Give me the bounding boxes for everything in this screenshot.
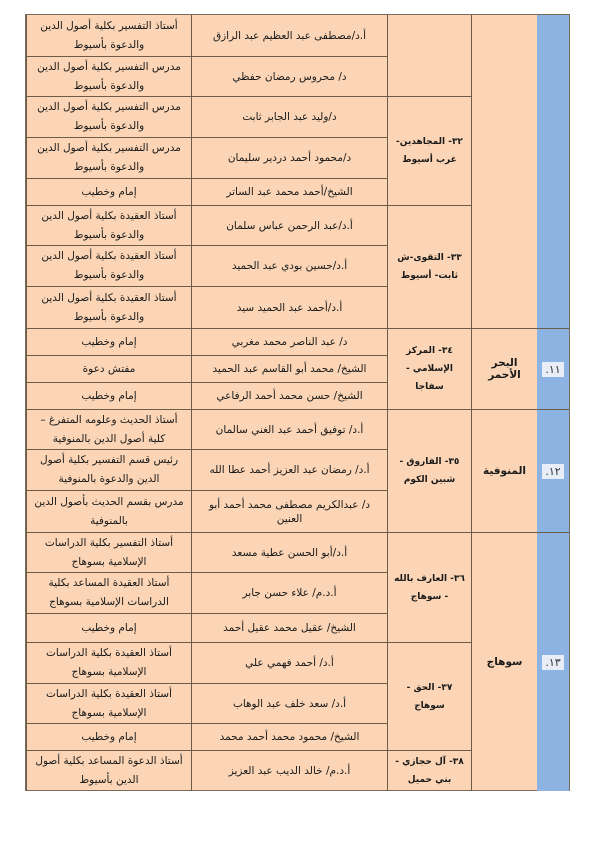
title-cell: إمام وخطيب: [26, 329, 191, 356]
governorate-cell: سوهاج: [471, 533, 537, 791]
title-cell: إمام وخطيب: [26, 179, 191, 206]
name-cell: أ.د/مصطفى عبد العظيم عبد الرازق: [191, 15, 387, 57]
name-cell: أ.د/أحمد عبد الحميد سيد: [191, 287, 387, 329]
name-cell: أ.د/أبو الحسن عطية مسعد: [191, 533, 387, 573]
number-cell: [537, 15, 569, 329]
name-cell: أ.د.م/ خالد الديب عبد العزيز: [191, 751, 387, 791]
row-number: ١١.: [542, 362, 563, 377]
row-number: ١٣.: [542, 655, 563, 670]
name-cell: د/محمود أحمد دردير سليمان: [191, 138, 387, 179]
mosque-cell: ٣٧- الحق - سوهاج: [387, 643, 471, 751]
title-cell: أستاذ العقيدة بكلية أصول الدين والدعوة ب…: [26, 287, 191, 329]
title-cell: أستاذ التفسير بكلية أصول الدين والدعوة ب…: [26, 15, 191, 57]
row-number: ١٢.: [542, 464, 563, 479]
title-cell: مدرس بقسم الحديث بأصول الدين بالمنوفية: [26, 491, 191, 533]
title-cell: مدرس التفسير بكلية أصول الدين والدعوة بأ…: [26, 97, 191, 138]
number-cell: ١٢.: [537, 410, 569, 533]
title-cell: أستاذ العقيدة بكلية الدراسات الإسلامية ب…: [26, 684, 191, 724]
name-cell: أ.د/ رمضان عبد العزيز أحمد عطا الله: [191, 450, 387, 491]
name-cell: أ.د.م/ علاء حسن جابر: [191, 573, 387, 614]
name-cell: د/ محروس رمضان حفظي: [191, 57, 387, 97]
mosque-cell: ٣٦- العارف بالله - سوهاج: [387, 533, 471, 643]
title-cell: مدرس التفسير بكلية أصول الدين والدعوة بأ…: [26, 138, 191, 179]
mosque-lecturers-table: أستاذ التفسير بكلية أصول الدين والدعوة ب…: [25, 14, 570, 791]
mosque-cell: ٣٢- المجاهدين-غرب أسيوط: [387, 97, 471, 206]
name-cell: د/وليد عبد الجابر ثابت: [191, 97, 387, 138]
mosque-cell: ٣٣- التقوى-ش ثابت- أسيوط: [387, 206, 471, 329]
title-cell: مفتش دعوة: [26, 356, 191, 383]
title-cell: أستاذ العقيدة بكلية أصول الدين والدعوة ب…: [26, 206, 191, 246]
title-cell: أستاذ العقيدة بكلية أصول الدين والدعوة ب…: [26, 246, 191, 287]
governorate-cell: المنوفية: [471, 410, 537, 533]
title-cell: أستاذ التفسير بكلية الدراسات الإسلامية ب…: [26, 533, 191, 573]
governorate-cell: [471, 15, 537, 329]
title-cell: أستاذ الدعوة المساعد بكلية أصول الدين بأ…: [26, 751, 191, 791]
title-cell: إمام وخطيب: [26, 614, 191, 643]
mosque-cell: ٣٤- المركز الإسلامي - سفاجا: [387, 329, 471, 410]
title-cell: إمام وخطيب: [26, 383, 191, 410]
title-cell: أستاذ العقيدة بكلية الدراسات الإسلامية ب…: [26, 643, 191, 684]
name-cell: أ.د/ توفيق أحمد عبد الغني سالمان: [191, 410, 387, 450]
name-cell: أ.د/عبد الرحمن عباس سلمان: [191, 206, 387, 246]
name-cell: أ.د/حسين بودي عبد الحميد: [191, 246, 387, 287]
name-cell: الشيخ/ محمد أبو القاسم عبد الحميد: [191, 356, 387, 383]
number-cell: ١١.: [537, 329, 569, 410]
mosque-cell: [387, 15, 471, 97]
name-cell: أ.د/ أحمد فهمي علي: [191, 643, 387, 684]
mosque-cell: ٣٨- آل حجازي - بني حميل: [387, 751, 471, 791]
name-cell: د/ عبدالكريم مصطفى محمد أحمد أبو العنين: [191, 491, 387, 533]
mosque-cell: ٣٥- الفاروق - شبين الكوم: [387, 410, 471, 533]
title-cell: إمام وخطيب: [26, 724, 191, 751]
name-cell: د/ عبد الناصر محمد مغربي: [191, 329, 387, 356]
title-cell: أستاذ الحديث وعلومه المتفرغ – كلية أصول …: [26, 410, 191, 450]
name-cell: الشيخ/ عقيل محمد عقيل أحمد: [191, 614, 387, 643]
name-cell: أ.د/ سعد خلف عبد الوهاب: [191, 684, 387, 724]
name-cell: الشيخ/ حسن محمد أحمد الرفاعي: [191, 383, 387, 410]
number-cell: ١٣.: [537, 533, 569, 791]
title-cell: مدرس التفسير بكلية أصول الدين والدعوة بأ…: [26, 57, 191, 97]
governorate-cell: البحر الأحمر: [471, 329, 537, 410]
title-cell: أستاذ العقيدة المساعد بكلية الدراسات الإ…: [26, 573, 191, 614]
title-cell: رئيس قسم التفسير بكلية أصول الدين والدعو…: [26, 450, 191, 491]
name-cell: الشيخ/ محمود محمد أحمد محمد: [191, 724, 387, 751]
name-cell: الشيخ/أحمد محمد عبد الساتر: [191, 179, 387, 206]
